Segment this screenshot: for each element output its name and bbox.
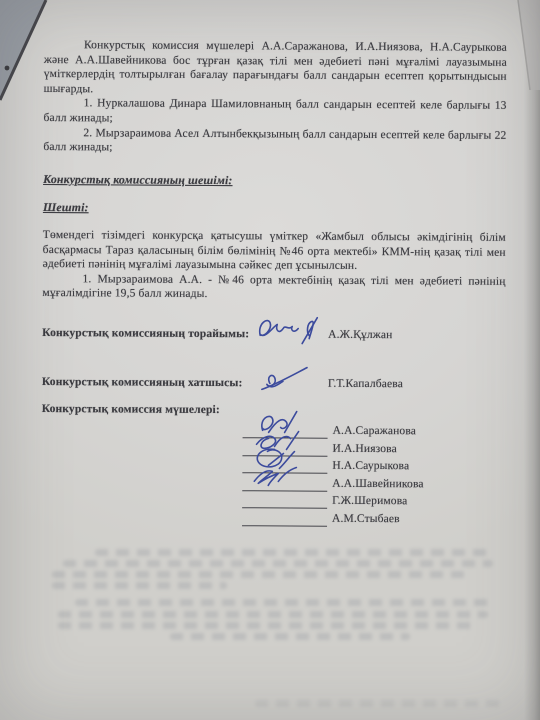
list-item-candidate-1: 1. Нуркалашова Динара Шамиловнаның балл … [43, 96, 506, 128]
paper-edge-shadow [524, 0, 540, 720]
chair-label: Конкурстық комиссияның торайымы: [42, 326, 254, 342]
signature-row-secretary: Конкурстық комиссияның хатшысы: Г.Т.Капа… [42, 372, 505, 395]
paragraph-decision-text: Төмендегі тізімдегі конкурсқа қатысушы ү… [43, 228, 506, 275]
member-name: И.А.Ниязова [332, 440, 396, 456]
signature-line [242, 512, 327, 527]
bleed-through-text [255, 700, 505, 707]
bleed-through-text [75, 599, 495, 606]
members-signature-list: А.А.Саражанова И.А.Ниязова Н.А.Сау [41, 419, 505, 527]
member-row: А.А.Шавейникова [242, 474, 504, 493]
secretary-name: Г.Т.Капалбаева [328, 376, 403, 391]
paragraph-commission-summary: Конкурстық комиссия мүшелері А.А.Саражан… [44, 38, 507, 99]
member-name: А.А.Шавейникова [332, 476, 423, 493]
bleed-through-text [170, 633, 410, 640]
photographed-document-page: Конкурстық комиссия мүшелері А.А.Саражан… [0, 0, 540, 720]
secretary-signature-ink [260, 365, 310, 393]
member-row: А.М.Стыбаев [242, 509, 504, 528]
member-signature-ink [248, 461, 312, 491]
bleed-through-text [52, 571, 472, 578]
member-name: Н.А.Саурыкова [332, 458, 409, 474]
bleed-through-text [63, 560, 493, 567]
list-item-decision-winner: 1. Мырзараимова А.А. - №46 орта мектебін… [42, 272, 505, 304]
list-item-candidate-2: 2. Мырзараимова Асел Алтынбекқызының бал… [43, 126, 506, 158]
members-label: Конкурстық комиссия мүшелері: [42, 402, 254, 418]
member-row: Г.Ж.Шеримова [242, 491, 504, 510]
bleed-through-text [52, 582, 227, 589]
document-content: Конкурстық комиссия мүшелері А.А.Саражан… [41, 38, 507, 528]
chair-signature-ink [254, 311, 320, 347]
member-name: Г.Ж.Шеримова [332, 493, 407, 509]
bleed-through-text [58, 611, 488, 618]
member-name: А.М.Стыбаев [332, 511, 400, 527]
secretary-label: Конкурстық комиссияның хатшысы: [42, 375, 254, 391]
heading-resolved: Шешті: [43, 200, 506, 217]
heading-commission-decision: Конкурстық комиссияның шешімі: [43, 172, 506, 189]
bleed-through-text [58, 622, 478, 629]
member-name: А.А.Саражанова [333, 423, 417, 440]
signature-row-chair: Конкурстық комиссияның торайымы: А.Ж.Құл… [42, 320, 505, 349]
signature-line [242, 495, 327, 510]
bleed-through-text [95, 549, 490, 556]
chair-name: А.Ж.Құлжан [328, 327, 392, 342]
